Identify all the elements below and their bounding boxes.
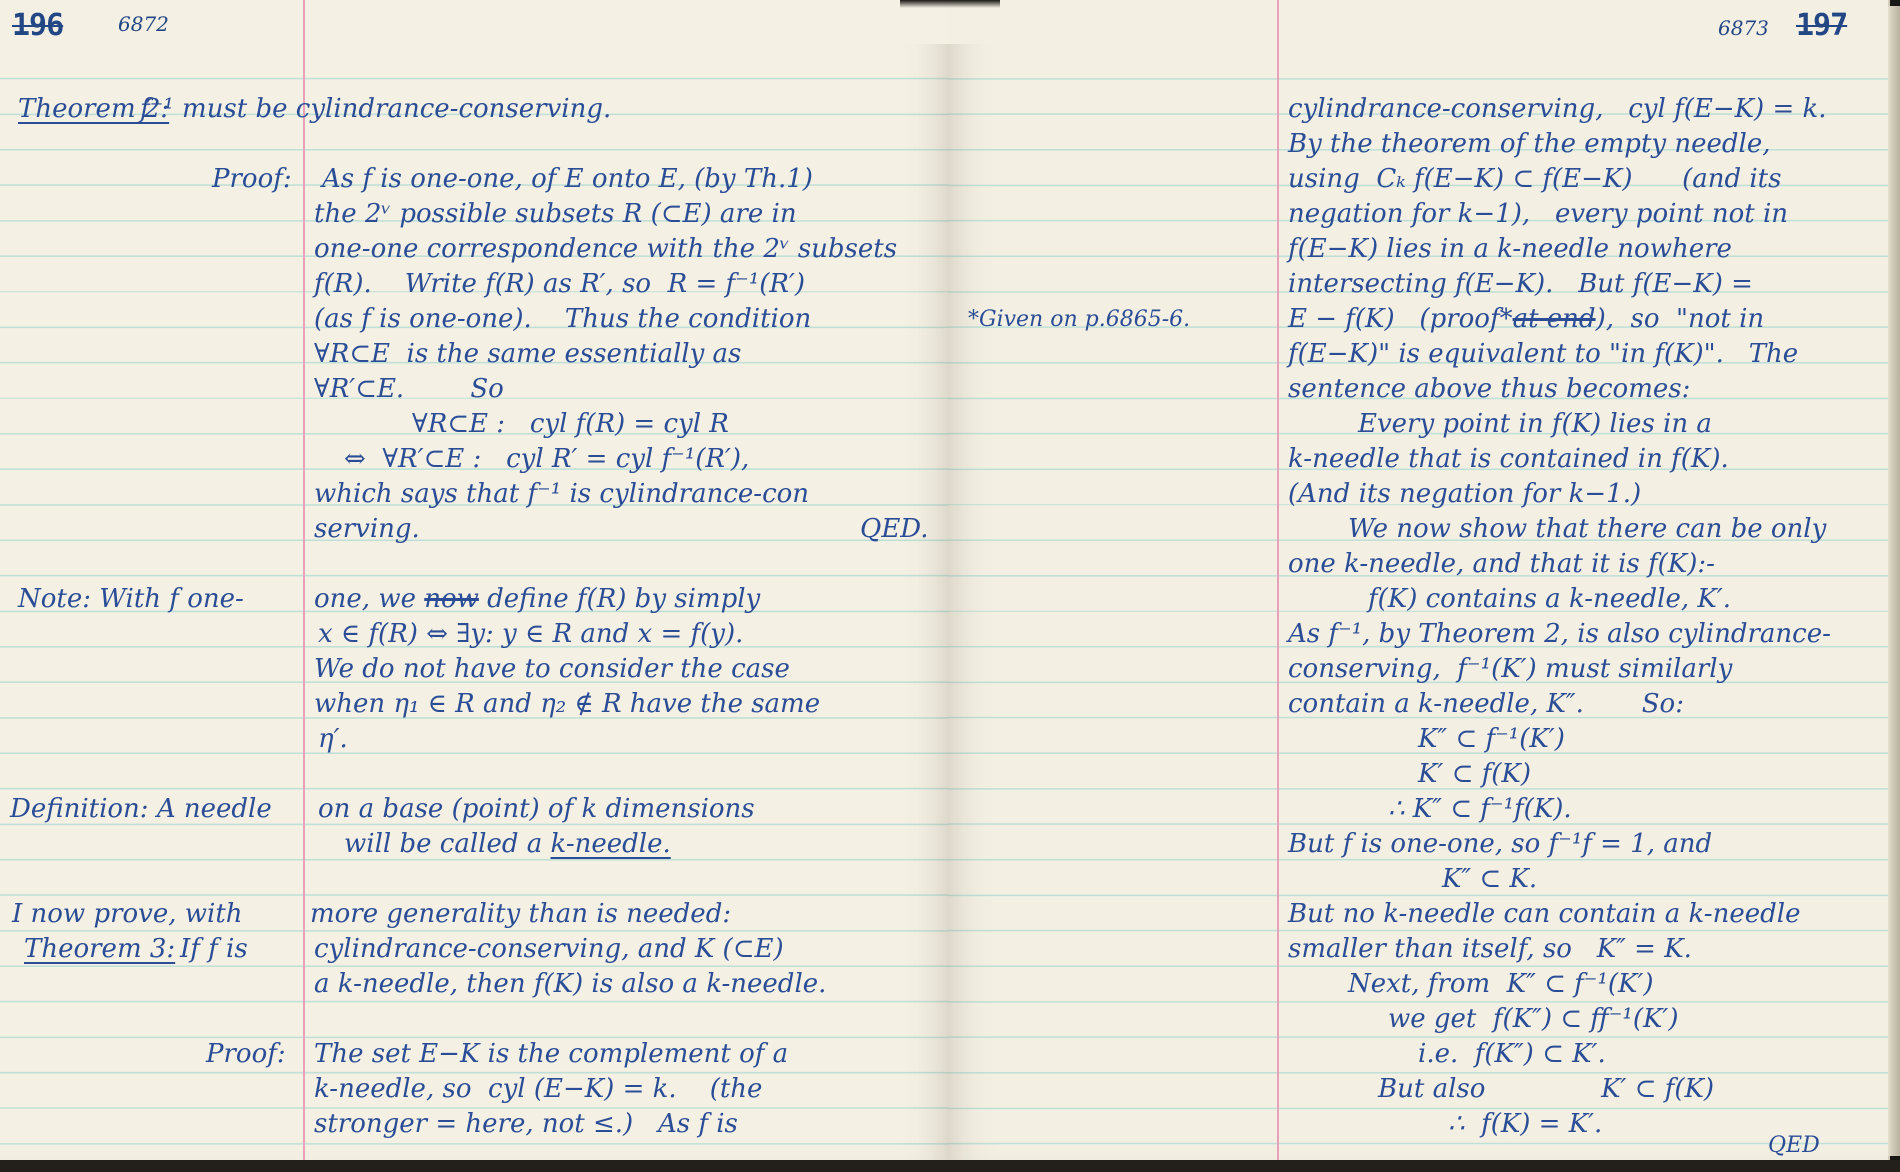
text-line: f(E−K) lies in a k-needle nowhere — [1288, 232, 1732, 267]
formula-line: K″ ⊂ f⁻¹(K′) — [1418, 722, 1565, 757]
text-line: E − f(K) (proof*at end), so "not in — [1288, 302, 1764, 337]
text-line: cylindrance-conserving, cyl f(E−K) = k. — [1288, 92, 1827, 127]
text-line: negation for k−1), every point not in — [1288, 197, 1788, 232]
text-line: on a base (point) of k dimensions — [318, 792, 755, 827]
text-line: ∀R⊂E is the same essentially as — [314, 337, 741, 372]
text-fragment: E − f(K) (proof* — [1288, 304, 1513, 334]
right-page: 6873 197 *Given on p.6865-6. cylindrance… — [948, 0, 1890, 1160]
formula-line: ⇔ ∀R′⊂E : cyl R′ = cyl f⁻¹(R′), — [344, 442, 749, 477]
formula-line: i.e. f(K″) ⊂ K′. — [1418, 1037, 1606, 1072]
intro-label: I now prove, with — [12, 897, 243, 932]
text-line: Every point in f(K) lies in a — [1358, 407, 1712, 442]
theorem-3-if: If f is — [180, 932, 248, 967]
formula-line: But also K′ ⊂ f(K) — [1378, 1072, 1714, 1107]
formula-line: ∴ f(K) = K′. — [1448, 1107, 1602, 1142]
stamped-page-number: 197 — [1796, 8, 1847, 43]
text-line: sentence above thus becomes: — [1288, 372, 1690, 407]
formula-line: ∴ K″ ⊂ f⁻¹f(K). — [1388, 792, 1572, 827]
formula-line: ∀R⊂E : cyl f(R) = cyl R — [412, 407, 729, 442]
page-stack-edge — [1888, 6, 1900, 1156]
notebook-spread: 196 6872 Theorem 2: f⁻¹ must be cylindra… — [0, 0, 1900, 1160]
text-line: f(K) contains a k-needle, K′. — [1368, 582, 1731, 617]
text-line: serving. — [314, 512, 420, 547]
k-needle-term: k-needle. — [551, 829, 671, 859]
theorem-2-statement: f⁻¹ must be cylindrance-conserving. — [140, 92, 611, 127]
formula-line: K′ ⊂ f(K) — [1418, 757, 1531, 792]
qed-mark: QED. — [860, 512, 928, 547]
text-line: stronger = here, not ≤.) As f is — [314, 1107, 738, 1142]
text-line: conserving, f⁻¹(K′) must similarly — [1288, 652, 1732, 687]
note-label: Note: With f one- — [18, 582, 244, 617]
text-line: k-needle that is contained in f(K). — [1288, 442, 1729, 477]
struck-phrase: at end — [1513, 304, 1596, 334]
text-line: By the theorem of the empty needle, — [1288, 127, 1770, 162]
formula-line: x ∈ f(R) ⇔ ∃y: y ∈ R and x = f(y). — [318, 617, 743, 652]
right-margin-line — [1277, 0, 1279, 1160]
handwritten-page-number: 6872 — [118, 12, 169, 36]
text-line: smaller than itself, so K″ = K. — [1288, 932, 1692, 967]
text-line: one-one correspondence with the 2ᵛ subse… — [314, 232, 897, 267]
text-line: one, we now define f(R) by simply — [314, 582, 760, 617]
text-line: As f is one-one, of E onto E, (by Th.1) — [322, 162, 813, 197]
left-page: 196 6872 Theorem 2: f⁻¹ must be cylindra… — [0, 0, 949, 1160]
text-line: But no k-needle can contain a k-needle — [1288, 897, 1800, 932]
qed-mark: QED — [1768, 1128, 1820, 1163]
handwritten-page-number: 6873 — [1718, 16, 1769, 40]
formula-line: K″ ⊂ K. — [1442, 862, 1537, 897]
definition-label: Definition: A needle — [10, 792, 272, 827]
theorem-3-label: Theorem 3: — [24, 932, 175, 967]
text-line: The set E−K is the complement of a — [314, 1037, 788, 1072]
text-line: more generality than is needed: — [310, 897, 731, 932]
proof-label: Proof: — [212, 162, 292, 197]
text-line: cylindrance-conserving, and K (⊂E) — [314, 932, 784, 967]
text-line: f(R). Write f(R) as R′, so R = f⁻¹(R′) — [314, 267, 805, 302]
left-margin-line — [303, 0, 305, 1160]
struck-word: now — [424, 584, 479, 614]
proof-label: Proof: — [206, 1037, 286, 1072]
text-line: the 2ᵛ possible subsets R (⊂E) are in — [314, 197, 797, 232]
text-line: η′. — [318, 722, 348, 757]
text-line: contain a k-needle, K″. So: — [1288, 687, 1684, 722]
notebook-bottom-edge — [0, 1160, 1900, 1172]
formula-line: Next, from K″ ⊂ f⁻¹(K′) — [1348, 967, 1654, 1002]
text-line: a k-needle, then f(K) is also a k-needle… — [314, 967, 826, 1002]
text-line: (And its negation for k−1.) — [1288, 477, 1641, 512]
text-line: (as f is one-one). Thus the condition — [314, 302, 811, 337]
text-line: But f is one-one, so f⁻¹f = 1, and — [1288, 827, 1712, 862]
text-fragment: will be called a — [344, 829, 542, 859]
text-fragment: ), so "not in — [1596, 304, 1765, 334]
footnote: *Given on p.6865-6. — [968, 302, 1190, 337]
text-line: when η₁ ∈ R and η₂ ∉ R have the same — [314, 687, 820, 722]
text-line: will be called a k-needle. — [344, 827, 671, 862]
formula-line: we get f(K″) ⊂ ff⁻¹(K′) — [1388, 1002, 1678, 1037]
text-line: intersecting f(E−K). But f(E−K) = — [1288, 267, 1753, 302]
text-line: We do not have to consider the case — [314, 652, 790, 687]
text-line: ∀R′⊂E. So — [314, 372, 504, 407]
text-line: one k-needle, and that it is f(K):- — [1288, 547, 1715, 582]
text-line: which says that f⁻¹ is cylindrance-con — [314, 477, 809, 512]
stamped-page-number: 196 — [12, 8, 63, 43]
gutter-shadow — [900, 0, 1000, 8]
text-line: k-needle, so cyl (E−K) = k. (the — [314, 1072, 762, 1107]
text-line: using Cₖ f(E−K) ⊂ f(E−K) (and its — [1288, 162, 1781, 197]
text-line: As f⁻¹, by Theorem 2, is also cylindranc… — [1288, 617, 1831, 652]
text-line: f(E−K)" is equivalent to "in f(K)". The — [1288, 337, 1798, 372]
text-line: We now show that there can be only — [1348, 512, 1826, 547]
